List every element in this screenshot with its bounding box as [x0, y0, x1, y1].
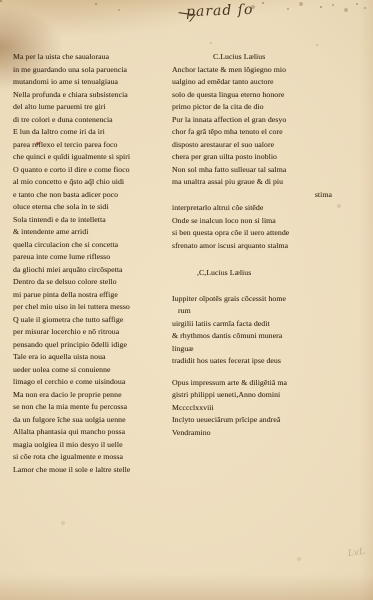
verse-line: uirgilii latiis carmĩa facta dedit [172, 318, 368, 331]
verse-line: ualgino ad emẽdar tanto auctore [172, 76, 368, 89]
colophon-line: Inclyto ueueciãrum prĩcipe andreã [172, 414, 368, 427]
verse-line: limago el cerchio e come uisindoua [13, 376, 176, 389]
verse-line: interpretarlo altrui cõe sitẽde [172, 202, 368, 215]
verse-line: O quanto e corto il dire e come fioco [13, 164, 176, 177]
verse-line: per chel mio uiso in lei tuttera messo [13, 301, 176, 314]
verse-line: parea reflexo el tercio parea foco [13, 139, 176, 152]
colophon-line: Vendramino [172, 427, 368, 440]
colophon-line: Mcccclxxviii [172, 402, 368, 415]
verse-line: di tre colori e duna contenencia [13, 114, 176, 127]
right-text-column: C.Lucius Lælius Anchor lactate & men lõg… [172, 51, 368, 439]
latin-verse-block: Iuppiter oĩpotẽs grais cõcessit home rum… [172, 293, 368, 368]
section-heading: C.Lucius Lælius [172, 51, 368, 64]
verse-line: pareua inte come lume riflesso [13, 251, 176, 264]
verse-line: mi parue pinta della nostra effige [13, 289, 176, 302]
verse-line: Pur la innata affection el gran desyo [172, 114, 368, 127]
verse-line: al mio concetto e q̃sto aq̃l chio uidi [13, 176, 176, 189]
section-heading: ,C,Lucius Lælius [172, 267, 368, 280]
verse-line: Lamor che moue il sole e laltre stelle [13, 464, 176, 477]
verse-line: Dentro da se delsuo colore stello [13, 276, 176, 289]
verse-line: Q uale il giometra che tutto saffige [13, 314, 176, 327]
verse-line-runover: linguæ [172, 343, 368, 356]
verse-line: chera per gran uilta posto inoblio [172, 151, 368, 164]
verse-line: oluce eterna che sola in te sidi [13, 201, 176, 214]
verse-line: Ma per la uista che saualoraua [13, 51, 176, 64]
verse-line: tradidit hos uates fecerat ipse deus [172, 355, 368, 368]
verse-line-runover: stima [172, 189, 368, 202]
verse-line: & intendente ame arridi [13, 226, 176, 239]
verse-line: ma unaltra assai piu graue & di piu [172, 176, 368, 189]
verse-line: che quinci e quĩdi igualmente si spiri [13, 151, 176, 164]
verse-line: da un fulgore ĩche sua uolgia uenne [13, 414, 176, 427]
verse-line: Sola tintendi e da te intelletta [13, 214, 176, 227]
verse-line: si cõe rota che igualmente e mossa [13, 451, 176, 464]
verse-line: pensando quel principio õdelli idige [13, 339, 176, 352]
verse-line: Tale era io aquella uista noua [13, 351, 176, 364]
verse-line: Non sol mha fatto sulleuar tal salma [172, 164, 368, 177]
colophon-line: Opus impressum arte & diligẽtiã ma [172, 377, 368, 390]
verse-line: ueder uolea come si conuienne [13, 364, 176, 377]
verse-line: magia uolgiea il mio desyo il uelle [13, 439, 176, 452]
verse-line: primo pictor de la cita de dio [172, 101, 368, 114]
faint-pencil-mark: LvL [347, 547, 365, 559]
verse-line: Allalta phantasia qui mancho possa [13, 426, 176, 439]
verse-line: & rhythmos dantis cõmuni munera [172, 330, 368, 343]
handwritten-title: parad ſo [186, 2, 254, 20]
colophon: Opus impressum arte & diligẽtiã ma gistr… [172, 377, 368, 440]
verse-line: Iuppiter oĩpotẽs grais cõcessit home [172, 293, 368, 306]
verse-line: del alto lume paruemi tre giri [13, 101, 176, 114]
verse-line: Onde se inalcun loco non si lima [172, 215, 368, 228]
verse-line: solo de questa lingua eterno honore [172, 89, 368, 102]
foxing-spots [0, 0, 2, 2]
verse-line: Ma non era dacio le proprie penne [13, 389, 176, 402]
verse-line: se non che la mia mente fu percossa [13, 401, 176, 414]
verse-line: sfrenato amor iscusi arquanto stalma [172, 240, 368, 253]
verse-line: quella circulacion che si concetta [13, 239, 176, 252]
left-text-column: Ma per la uista che saualoraua in me gua… [13, 51, 176, 476]
verse-line: mutandomi io ame si tenualgiaua [13, 76, 176, 89]
verse-line: disposto arestaurar el suo ualore [172, 139, 368, 152]
verse-line: Anchor lactate & men lõgiegno mio [172, 64, 368, 77]
verse-line: e tanto che non basta adicer poco [13, 189, 176, 202]
verse-line-runover: rum [172, 305, 368, 318]
book-page-photo: parad ſo Ma per la uista che saualoraua … [0, 0, 373, 600]
colophon-line: gistri philippi ueneti,Anno domini [172, 389, 368, 402]
verse-line: da gliochi miei arquãto circõspetta [13, 264, 176, 277]
verse-line: per misurar locerchio e nõ ritroua [13, 326, 176, 339]
verse-line: in me guardando una sola paruencia [13, 64, 176, 77]
verse-line: Nella profunda e chiara subsistencia [13, 89, 176, 102]
verse-line: E lun da laltro come iri da iri [13, 126, 176, 139]
verse-line: si ben questa opra cõe il uero attende [172, 227, 368, 240]
verse-line: chor fa grã tẽpo mha tenuto el core [172, 126, 368, 139]
